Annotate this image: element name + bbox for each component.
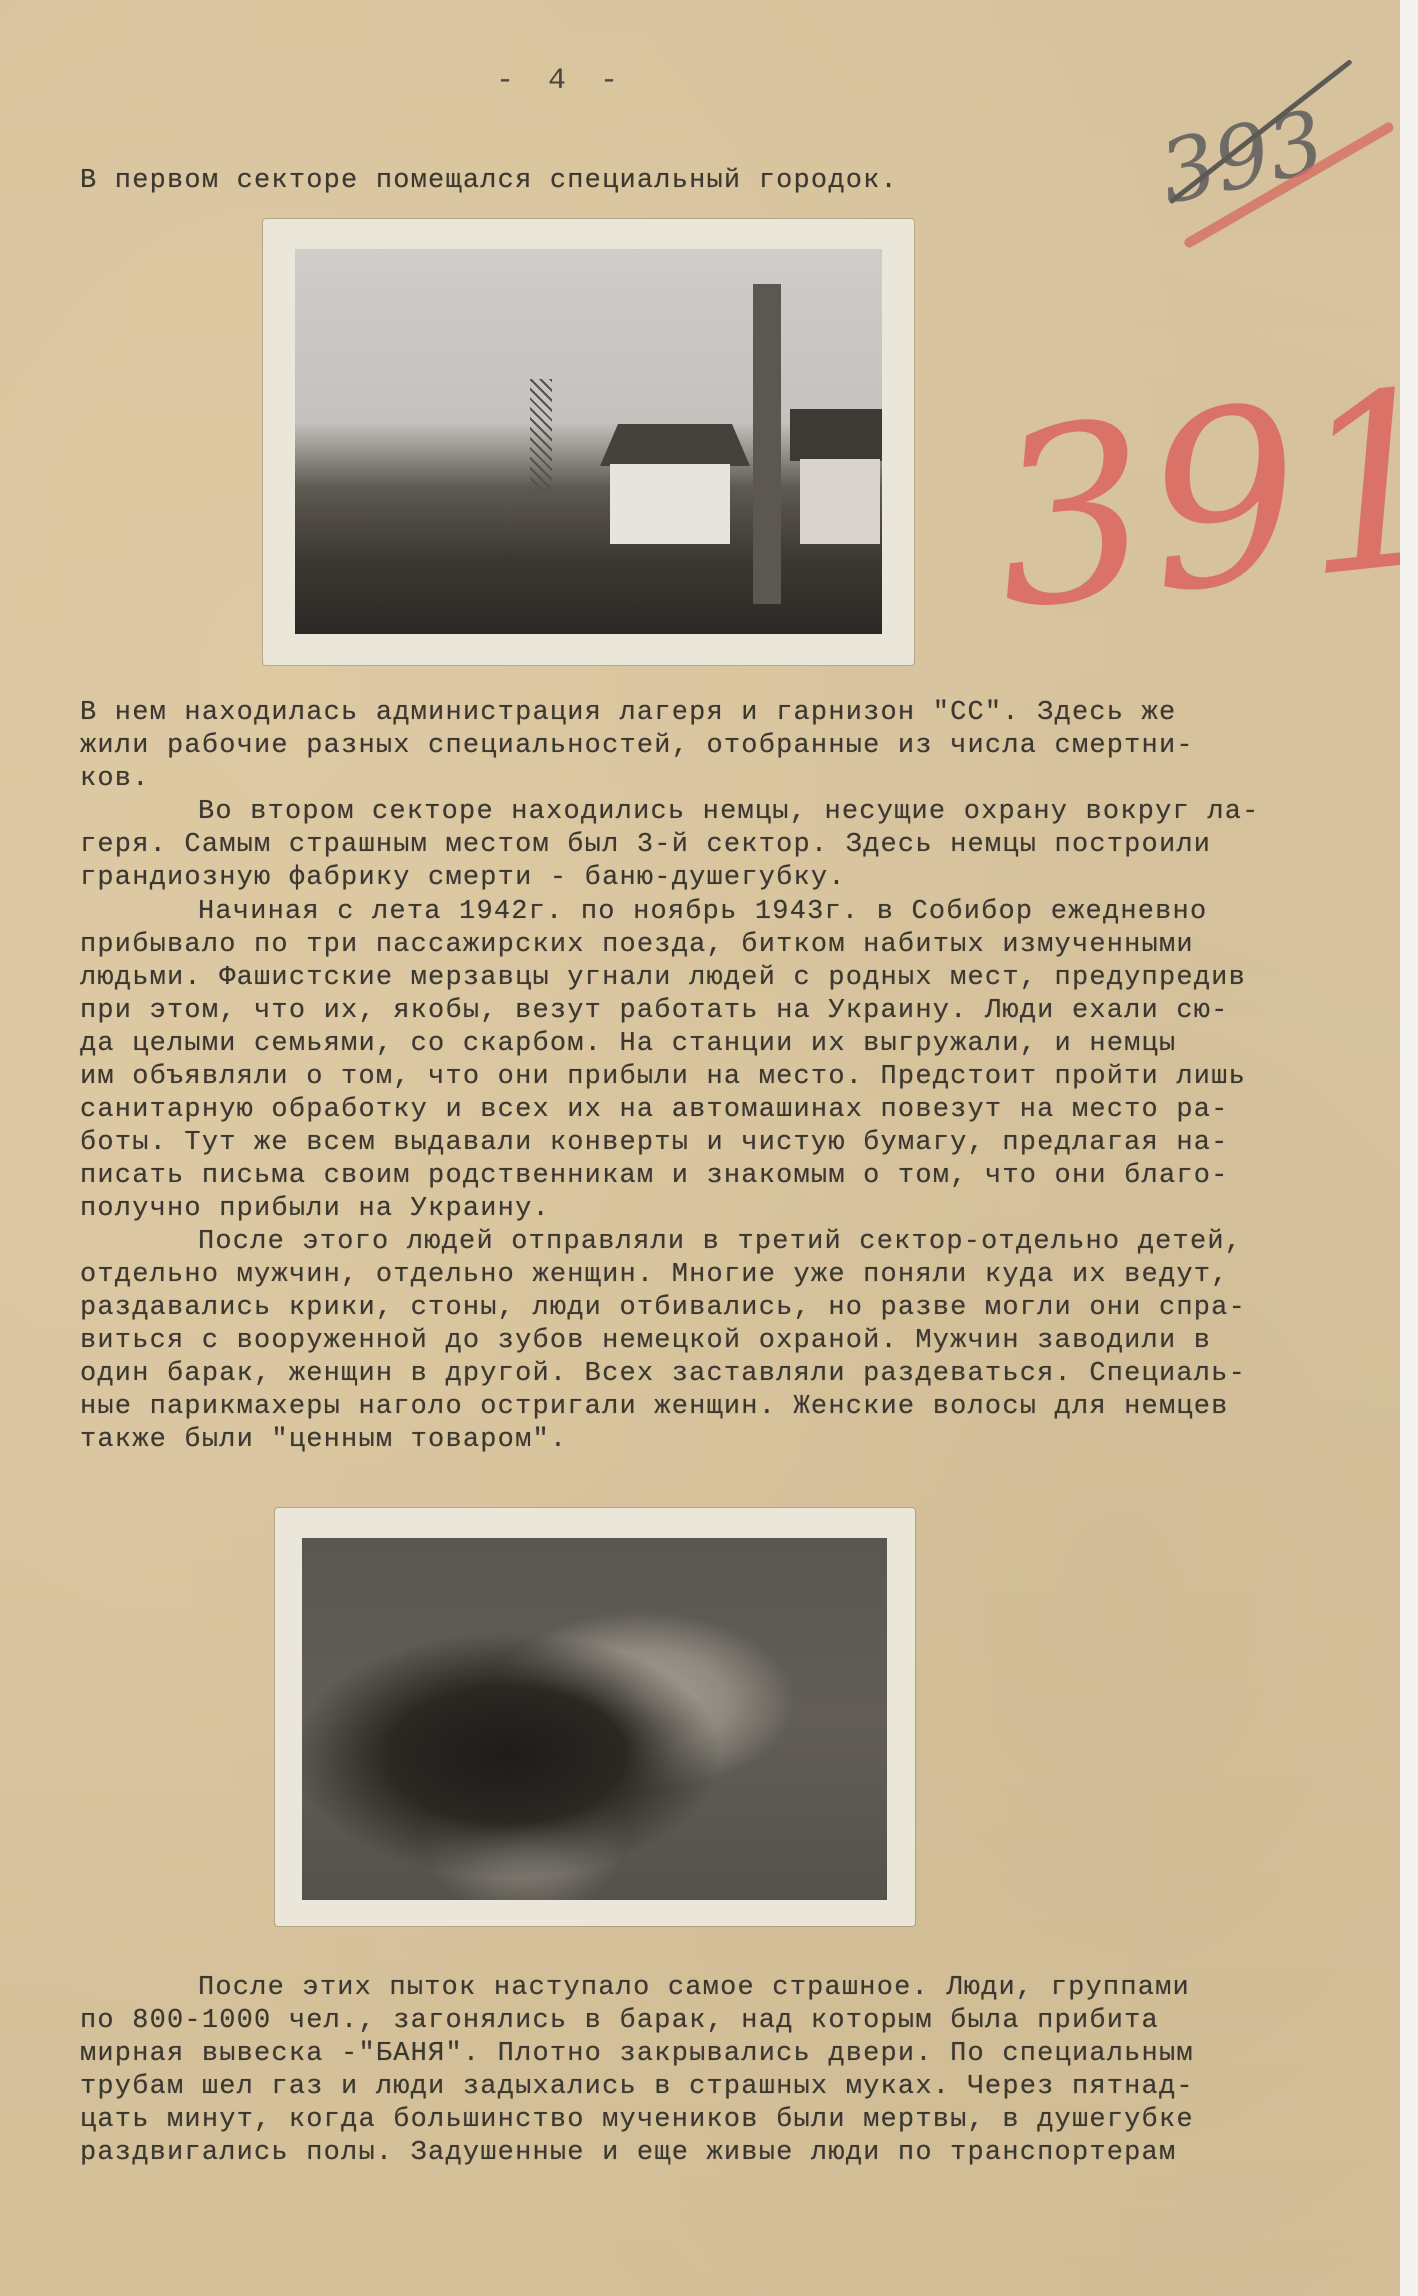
text-line: Во втором секторе находились немцы, несу… — [198, 796, 1260, 829]
photo-camp-buildings — [263, 219, 914, 665]
text-line: боты. Тут же всем выдавали конверты и чи… — [80, 1127, 1229, 1160]
house-roof-shape — [600, 424, 750, 466]
text-line: раздвигались полы. Задушенные и еще живы… — [80, 2137, 1176, 2170]
intro-line: В первом секторе помещался специальный г… — [80, 165, 898, 198]
text-line: цать минут, когда большинство мучеников … — [80, 2104, 1194, 2137]
text-line: мирная вывеска -"БАНЯ". Плотно закрывали… — [80, 2038, 1194, 2071]
text-line: трубам шел газ и люди задыхались в страш… — [80, 2071, 1194, 2104]
text-line: геря. Самым страшным местом был 3-й сект… — [80, 829, 1211, 862]
text-line: ков. — [80, 763, 150, 796]
text-line: отдельно мужчин, отдельно женщин. Многие… — [80, 1259, 1229, 1292]
photo-remains — [275, 1508, 915, 1926]
house-shape — [610, 464, 730, 544]
text-line: ные парикмахеры наголо остригали женщин.… — [80, 1391, 1229, 1424]
text-line: прибывало по три пассажирских поезда, би… — [80, 929, 1194, 962]
text-line: да целыми семьями, со скарбом. На станци… — [80, 1028, 1176, 1061]
pencil-folio-number: 393 — [1151, 92, 1332, 224]
text-line: раздавались крики, стоны, люди отбивалис… — [80, 1292, 1246, 1325]
watchtower-shape — [530, 379, 552, 489]
text-line: жили рабочие разных специальностей, отоб… — [80, 730, 1194, 763]
chimney-shape — [753, 284, 781, 604]
text-line: писать письма своим родственникам и знак… — [80, 1160, 1229, 1193]
text-line: людьми. Фашистские мерзавцы угнали людей… — [80, 962, 1246, 995]
text-line: по 800-1000 чел., загонялись в барак, на… — [80, 2005, 1159, 2038]
page-number: - 4 - — [496, 64, 626, 98]
photo-image — [295, 249, 882, 634]
text-line: В нем находилась администрация лагеря и … — [80, 697, 1176, 730]
text-line: при этом, что их, якобы, везут работать … — [80, 995, 1229, 1028]
text-line: получно прибыли на Украину. — [80, 1193, 550, 1226]
barrack-shape — [800, 459, 880, 544]
archival-document-page: - 4 - 393 391 В первом секторе помещался… — [0, 0, 1400, 2296]
text-line: им объявляли о том, что они прибыли на м… — [80, 1061, 1246, 1094]
barrack-roof-shape — [790, 409, 882, 461]
photo-image — [302, 1538, 887, 1900]
text-line: грандиозную фабрику смерти - баню-душегу… — [80, 862, 846, 895]
scan-edge-strip — [1400, 0, 1418, 2296]
text-line: После этих пыток наступало самое страшно… — [198, 1972, 1190, 2005]
text-line: После этого людей отправляли в третий се… — [198, 1226, 1242, 1259]
text-line: один барак, женщин в другой. Всех застав… — [80, 1358, 1246, 1391]
text-line: санитарную обработку и всех их на автома… — [80, 1094, 1229, 1127]
text-line: также были "ценным товаром". — [80, 1424, 567, 1457]
text-line: Начиная с лета 1942г. по ноябрь 1943г. в… — [198, 896, 1207, 929]
red-crayon-folio-number: 391 — [984, 357, 1418, 644]
text-line: виться с вооруженной до зубов немецкой о… — [80, 1325, 1211, 1358]
